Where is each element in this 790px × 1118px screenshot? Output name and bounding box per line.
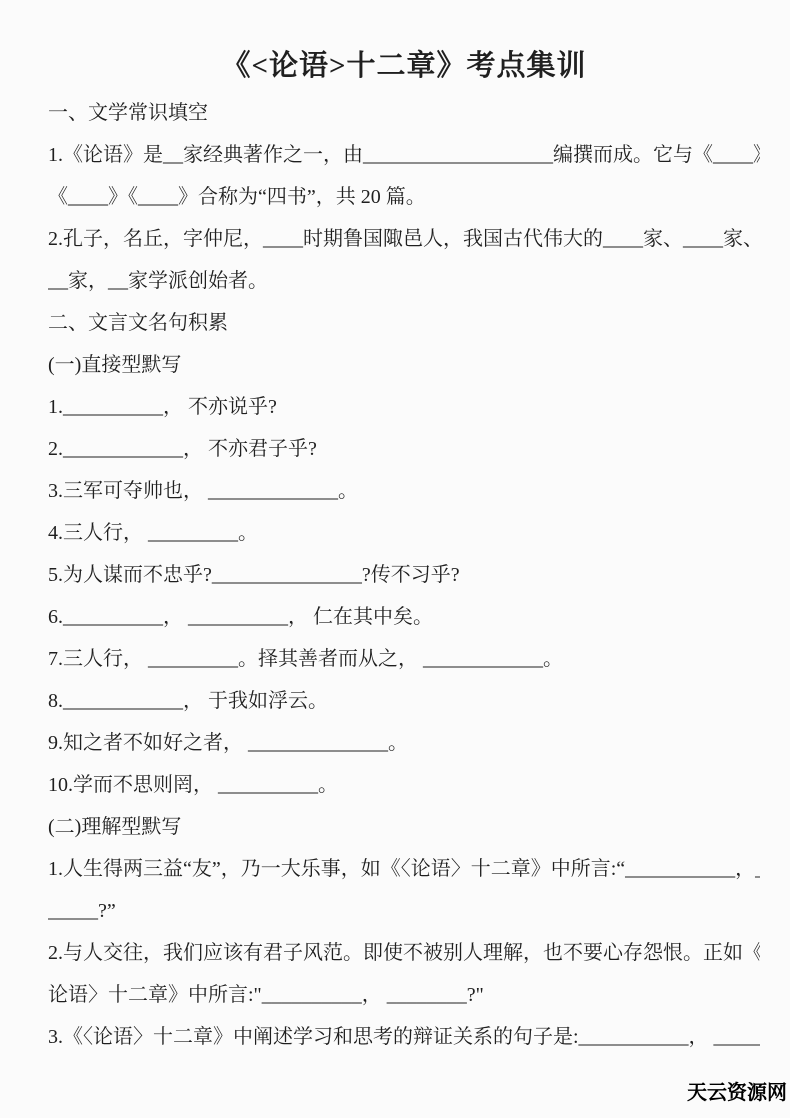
question-2-line-2: __家，__家学派创始者。: [48, 260, 760, 302]
direct-item-5: 5.为人谋而不忠乎?_______________?传不习乎?: [48, 554, 760, 596]
watermark-site-name: 天云资源网: [687, 1076, 787, 1105]
question-1-line-2: 《____》《____》合称为“四书”，共 20 篇。: [48, 176, 760, 218]
comprehension-item-2-line-1: 2.与人交往，我们应该有君子风范。即使不被别人理解，也不要心存怨恨。正如《〈: [48, 932, 760, 974]
worksheet-page: 《<论语>十二章》考点集训 一、文学常识填空 1.《论语》是__家经典著作之一，…: [0, 0, 790, 1118]
question-2-line-1: 2.孔子，名丘，字仲尼，____时期鲁国陬邑人，我国古代伟大的____家、___…: [48, 218, 760, 260]
section-heading-literary-knowledge: 一、文学常识填空: [48, 92, 760, 134]
page-title: 《<论语>十二章》考点集训: [48, 40, 760, 92]
comprehension-item-1-line-2: _____?”: [48, 890, 760, 932]
direct-item-6: 6.__________， __________， 仁在其中矣。: [48, 596, 760, 638]
comprehension-item-3: 3.《〈论语〉十二章》中阐述学习和思考的辩证关系的句子是:___________…: [48, 1016, 760, 1058]
direct-item-9: 9.知之者不如好之者， ______________。: [48, 722, 760, 764]
direct-item-4: 4.三人行， _________。: [48, 512, 760, 554]
direct-item-8: 8.____________， 于我如浮云。: [48, 680, 760, 722]
direct-item-2: 2.____________， 不亦君子乎?: [48, 428, 760, 470]
subsection-direct-dictation: (一)直接型默写: [48, 344, 760, 386]
direct-item-1: 1.__________， 不亦说乎?: [48, 386, 760, 428]
question-1-line-1: 1.《论语》是__家经典著作之一，由___________________编撰而…: [48, 134, 760, 176]
worksheet-body: 一、文学常识填空 1.《论语》是__家经典著作之一，由_____________…: [48, 92, 760, 1058]
direct-item-10: 10.学而不思则罔， __________。: [48, 764, 760, 806]
direct-item-7: 7.三人行， _________。择其善者而从之， ____________。: [48, 638, 760, 680]
section-heading-famous-sentences: 二、文言文名句积累: [48, 302, 760, 344]
comprehension-item-1-line-1: 1.人生得两三益“友”，乃一大乐事，如《〈论语〉十二章》中所言:“_______…: [48, 848, 760, 890]
direct-item-3: 3.三军可夺帅也， _____________。: [48, 470, 760, 512]
comprehension-item-2-line-2: 论语〉十二章》中所言:"__________， ________?": [48, 974, 760, 1016]
subsection-comprehension-dictation: (二)理解型默写: [48, 806, 760, 848]
